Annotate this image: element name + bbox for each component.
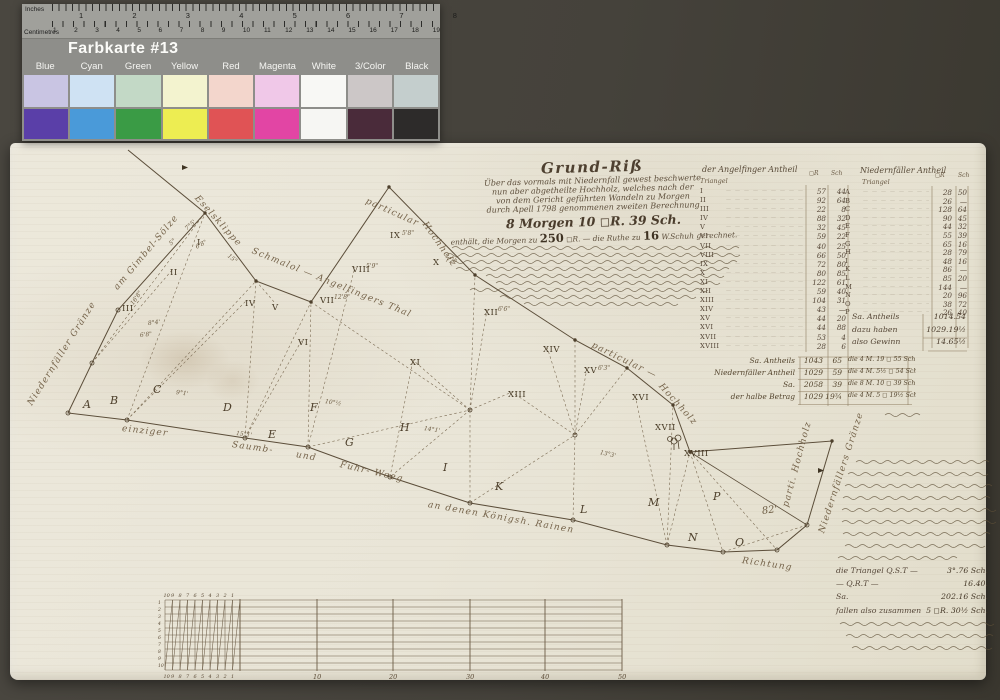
sum-line: also Gewinn14.65½ bbox=[852, 337, 966, 350]
cm-number: 10 bbox=[243, 27, 250, 34]
table-row: XVIII——————————————286 bbox=[700, 342, 848, 351]
inch-ticks bbox=[52, 4, 438, 11]
table-row: L——————————————8520 bbox=[845, 274, 969, 283]
cell: —————————————— bbox=[726, 323, 806, 332]
cm-number: 19 bbox=[433, 27, 440, 34]
note-line: fallen also zusammen5 ◻R. 30½ Sch. bbox=[836, 606, 988, 619]
cell: XVII bbox=[700, 333, 726, 342]
cell: —————————————— bbox=[726, 314, 806, 323]
swatch-label: Blue bbox=[22, 61, 68, 72]
swatch-label: Red bbox=[208, 61, 254, 72]
table-row: G——————————————6516 bbox=[845, 240, 969, 249]
cm-number: 15 bbox=[348, 27, 355, 34]
ruthen-per-morgen: 250 bbox=[540, 231, 564, 246]
color-swatch bbox=[163, 109, 207, 139]
cell: 1029 bbox=[798, 392, 825, 404]
color-card-title: Farbkarte #13 bbox=[68, 40, 179, 58]
cm-number: 8 bbox=[201, 27, 205, 34]
swatch-labels: BlueCyanGreenYellowRedMagentaWhite3/Colo… bbox=[22, 61, 440, 72]
color-swatch bbox=[24, 75, 68, 107]
cell: 44 bbox=[806, 323, 828, 332]
left-table-rows: I——————————————5744II——————————————9264I… bbox=[700, 187, 848, 351]
table-row: X——————————————8085 bbox=[700, 269, 848, 278]
table-row: XV——————————————4420 bbox=[700, 314, 848, 323]
cell: 4 bbox=[828, 333, 848, 342]
sum-value: 1029.19½ bbox=[926, 325, 966, 338]
note-value: 5 ◻R. 30½ Sch. bbox=[926, 606, 988, 619]
cell: —————————————— bbox=[726, 296, 806, 305]
cm-number: 5 bbox=[137, 27, 141, 34]
cell: 53 bbox=[806, 333, 828, 342]
cell: VI bbox=[700, 232, 726, 241]
table-row: N——————————————2096 bbox=[845, 291, 969, 300]
cell: XVIII bbox=[700, 342, 726, 351]
cell: —————————————— bbox=[726, 333, 806, 342]
area-detail-text: enthält, die Morgen zu bbox=[451, 235, 540, 246]
note-label: — Q.R.T — bbox=[836, 579, 879, 592]
cell: 1043 bbox=[798, 356, 825, 368]
cell: 2058 bbox=[798, 380, 825, 392]
cell: XIV bbox=[700, 305, 726, 314]
cell: XII bbox=[700, 287, 726, 296]
color-swatch bbox=[301, 109, 345, 139]
color-swatch bbox=[255, 75, 299, 107]
cell: —————————————— bbox=[726, 287, 806, 296]
color-swatch bbox=[24, 109, 68, 139]
cm-number: 17 bbox=[391, 27, 398, 34]
cell: 1029 bbox=[798, 368, 825, 380]
area-detail-text: ◻R. — die Ruthe zu bbox=[564, 233, 643, 244]
cell: 66 bbox=[806, 251, 828, 260]
cell: 22 bbox=[806, 205, 828, 214]
cell: VII bbox=[700, 242, 726, 251]
color-swatch bbox=[348, 75, 392, 107]
cell: 59 bbox=[806, 232, 828, 241]
note-line: die Triangel Q.S.T —3°.76 Sch. bbox=[836, 566, 988, 579]
table-row: II——————————————9264 bbox=[700, 196, 848, 205]
cm-number: 13 bbox=[306, 27, 313, 34]
left-table-subheader: Triangel bbox=[700, 177, 728, 185]
right-col1-unit: ◻R bbox=[935, 172, 945, 179]
side-sums: Sa. Antheils1014.54dazu haben1029.19½als… bbox=[852, 312, 966, 350]
cm-number: 12 bbox=[285, 27, 292, 34]
cell: 32 bbox=[806, 223, 828, 232]
cell: II bbox=[700, 196, 726, 205]
cell: 28 bbox=[806, 342, 828, 351]
sum-line: Sa. Antheils1014.54 bbox=[852, 312, 966, 325]
cell: —————————————— bbox=[726, 205, 806, 214]
swatch-label: Black bbox=[394, 61, 440, 72]
cell: XIII bbox=[700, 296, 726, 305]
cell: IV bbox=[700, 214, 726, 223]
cell: III bbox=[700, 205, 726, 214]
cell: 65 bbox=[825, 356, 844, 368]
color-swatch bbox=[70, 75, 114, 107]
cm-number: 7 bbox=[180, 27, 184, 34]
color-swatch bbox=[209, 75, 253, 107]
table-row: A——————————————2850 bbox=[845, 188, 969, 197]
table-row: I——————————————5744 bbox=[700, 187, 848, 196]
table-row: VIII——————————————6650 bbox=[700, 251, 848, 260]
right-table-subheader: Triangel bbox=[862, 178, 890, 186]
cell: 43 bbox=[806, 305, 828, 314]
cell: 88 bbox=[828, 323, 848, 332]
note-value: 16.40. bbox=[963, 579, 988, 592]
summary-row: Sa. Antheils104365die 4 M. 19 ◻ 55 Sch. bbox=[698, 356, 916, 368]
sum-value: 14.65½ bbox=[936, 337, 966, 350]
color-swatch bbox=[209, 109, 253, 139]
cell: —————————————— bbox=[726, 278, 806, 287]
cell: —————————————— bbox=[726, 269, 806, 278]
table-row: K——————————————86— bbox=[845, 265, 969, 274]
sum-label: Sa. Antheils bbox=[852, 312, 899, 325]
table-row: XVII——————————————534 bbox=[700, 333, 848, 342]
sum-value: 1014.54 bbox=[934, 312, 966, 325]
cell: 40 bbox=[806, 242, 828, 251]
cell: —————————————— bbox=[726, 242, 806, 251]
inch-number: 4 bbox=[239, 11, 243, 20]
table-row: D——————————————9045 bbox=[845, 214, 969, 223]
cell: 80 bbox=[806, 269, 828, 278]
sum-label: dazu haben bbox=[852, 325, 898, 338]
summary-table: Sa. Antheils104365die 4 M. 19 ◻ 55 Sch.N… bbox=[698, 356, 916, 404]
swatch-row-saturated bbox=[24, 109, 438, 139]
cell: —————————————— bbox=[726, 187, 806, 196]
archival-scan-stage: 1010998877665544332211102030405012345678… bbox=[0, 0, 1000, 700]
swatch-label: 3/Color bbox=[347, 61, 393, 72]
cell: X bbox=[700, 269, 726, 278]
note-label: fallen also zusammen bbox=[836, 606, 921, 619]
color-swatch bbox=[255, 109, 299, 139]
cell: 59 bbox=[806, 287, 828, 296]
cm-number: 2 bbox=[74, 27, 78, 34]
table-row: F——————————————5539 bbox=[845, 231, 969, 240]
schuh-per-ruthe: 16 bbox=[643, 228, 659, 242]
inch-number: 7 bbox=[399, 11, 403, 20]
inch-number: 6 bbox=[346, 11, 350, 20]
color-swatch bbox=[163, 75, 207, 107]
swatch-row-light bbox=[24, 75, 438, 107]
cm-number: 11 bbox=[264, 27, 271, 34]
swatch-label: White bbox=[301, 61, 347, 72]
inch-number: 3 bbox=[186, 11, 190, 20]
table-row: O——————————————3872 bbox=[845, 300, 969, 309]
table-row: I——————————————4816 bbox=[845, 257, 969, 266]
table-row: V——————————————3245 bbox=[700, 223, 848, 232]
summary-row: Sa.205839die 8 M. 10 ◻ 39 Sch. bbox=[698, 380, 916, 392]
cell: 44 bbox=[806, 314, 828, 323]
color-calibration-card: Inches 12345678 123456789101112131415161… bbox=[22, 4, 440, 141]
cell: XI bbox=[700, 278, 726, 287]
note-value: 3°.76 Sch. bbox=[947, 566, 988, 579]
cell: die 8 M. 10 ◻ 39 Sch. bbox=[844, 380, 916, 392]
note-value: 202.16 Sch. bbox=[941, 592, 988, 605]
cell: Niedernfäller Antheil bbox=[698, 368, 798, 380]
summary-row: Niedernfäller Antheil102959die 4 M. 5½ ◻… bbox=[698, 368, 916, 380]
swatch-label: Magenta bbox=[254, 61, 300, 72]
table-row: E——————————————4432 bbox=[845, 222, 969, 231]
cell: Sa. Antheils bbox=[698, 356, 798, 368]
cm-number: 9 bbox=[222, 27, 226, 34]
cell: V bbox=[700, 223, 726, 232]
left-table-header: der Angelfinger Antheil bbox=[702, 165, 797, 174]
cell: XV bbox=[700, 314, 726, 323]
note-label: die Triangel Q.S.T — bbox=[836, 566, 918, 579]
table-row: B——————————————26— bbox=[845, 197, 969, 206]
color-swatch bbox=[116, 75, 160, 107]
note-line: — Q.R.T —16.40. bbox=[836, 579, 988, 592]
cell: 122 bbox=[806, 278, 828, 287]
color-swatch bbox=[70, 109, 114, 139]
swatch-label: Cyan bbox=[68, 61, 114, 72]
table-row: H——————————————2879 bbox=[845, 248, 969, 257]
color-swatch bbox=[394, 75, 438, 107]
cell: die 4 M. 5 ◻ 19½ Sch. bbox=[844, 392, 916, 404]
table-row: XI——————————————12261 bbox=[700, 278, 848, 287]
table-row: IV——————————————8832 bbox=[700, 214, 848, 223]
cell: —————————————— bbox=[726, 260, 806, 269]
table-row: C——————————————12864 bbox=[845, 205, 969, 214]
cm-number: 14 bbox=[327, 27, 334, 34]
cell: —————————————— bbox=[726, 232, 806, 241]
sum-label: also Gewinn bbox=[852, 337, 900, 350]
cell: —————————————— bbox=[726, 196, 806, 205]
right-table-rows: A——————————————2850B——————————————26—C——… bbox=[845, 188, 969, 317]
note-label: Sa. bbox=[836, 592, 848, 605]
cm-number: 6 bbox=[159, 27, 163, 34]
inch-number: 2 bbox=[132, 11, 136, 20]
table-row: M——————————————144— bbox=[845, 283, 969, 292]
cell: 88 bbox=[806, 214, 828, 223]
cell: Sa. bbox=[698, 380, 798, 392]
cell: die 4 M. 19 ◻ 55 Sch. bbox=[844, 356, 916, 368]
cell: die 4 M. 5½ ◻ 54 Sch. bbox=[844, 368, 916, 380]
color-swatch bbox=[301, 75, 345, 107]
summary-row: der halbe Betrag102919¾die 4 M. 5 ◻ 19½ … bbox=[698, 392, 916, 404]
table-row: VII——————————————4025 bbox=[700, 242, 848, 251]
cell: 19¾ bbox=[825, 392, 844, 404]
color-swatch bbox=[348, 109, 392, 139]
cm-number: 16 bbox=[370, 27, 377, 34]
cell: —————————————— bbox=[726, 342, 806, 351]
cell: —————————————— bbox=[726, 223, 806, 232]
cell: 59 bbox=[825, 368, 844, 380]
ruler-cm-label: Centimetres bbox=[24, 29, 59, 36]
cm-number: 3 bbox=[95, 27, 99, 34]
cm-number: 4 bbox=[116, 27, 120, 34]
cell: —————————————— bbox=[726, 214, 806, 223]
cell: der halbe Betrag bbox=[698, 392, 798, 404]
cm-number: 18 bbox=[412, 27, 419, 34]
inch-number: 5 bbox=[293, 11, 297, 20]
swatch-label: Green bbox=[115, 61, 161, 72]
table-row: XVI——————————————4488 bbox=[700, 323, 848, 332]
table-row: IX——————————————7280 bbox=[700, 260, 848, 269]
color-swatch bbox=[116, 109, 160, 139]
cell: 39 bbox=[825, 380, 844, 392]
cell: 72 bbox=[806, 260, 828, 269]
cell: 92 bbox=[806, 196, 828, 205]
table-row: XIII——————————————10431 bbox=[700, 296, 848, 305]
note-line: Sa.202.16 Sch. bbox=[836, 592, 988, 605]
right-col2-unit: Sch bbox=[958, 172, 969, 179]
cell: 6 bbox=[828, 342, 848, 351]
cell: 104 bbox=[806, 296, 828, 305]
inch-number: 8 bbox=[453, 11, 457, 20]
color-swatch bbox=[394, 109, 438, 139]
cell: XVI bbox=[700, 323, 726, 332]
swatch-label: Yellow bbox=[161, 61, 207, 72]
cell: 57 bbox=[806, 187, 828, 196]
table-row: XII——————————————5940 bbox=[700, 287, 848, 296]
ruler: Inches 12345678 123456789101112131415161… bbox=[22, 4, 440, 39]
ruler-inches-label: Inches bbox=[25, 6, 44, 13]
table-row: XIV——————————————43— bbox=[700, 305, 848, 314]
sum-line: dazu haben1029.19½ bbox=[852, 325, 966, 338]
cell: IX bbox=[700, 260, 726, 269]
cell: —————————————— bbox=[726, 305, 806, 314]
cell: —————————————— bbox=[726, 251, 806, 260]
margin-note: die Triangel Q.S.T —3°.76 Sch.— Q.R.T —1… bbox=[836, 566, 988, 619]
inch-number: 1 bbox=[79, 11, 83, 20]
cell: I bbox=[700, 187, 726, 196]
table-row: III——————————————228 bbox=[700, 205, 848, 214]
table-row: VI——————————————5922 bbox=[700, 232, 848, 241]
right-table-header: Niedernfäller Antheil bbox=[860, 166, 946, 175]
cell: VIII bbox=[700, 251, 726, 260]
left-col2-unit: Sch bbox=[831, 170, 842, 177]
left-col1-unit: ◻R bbox=[809, 170, 819, 177]
